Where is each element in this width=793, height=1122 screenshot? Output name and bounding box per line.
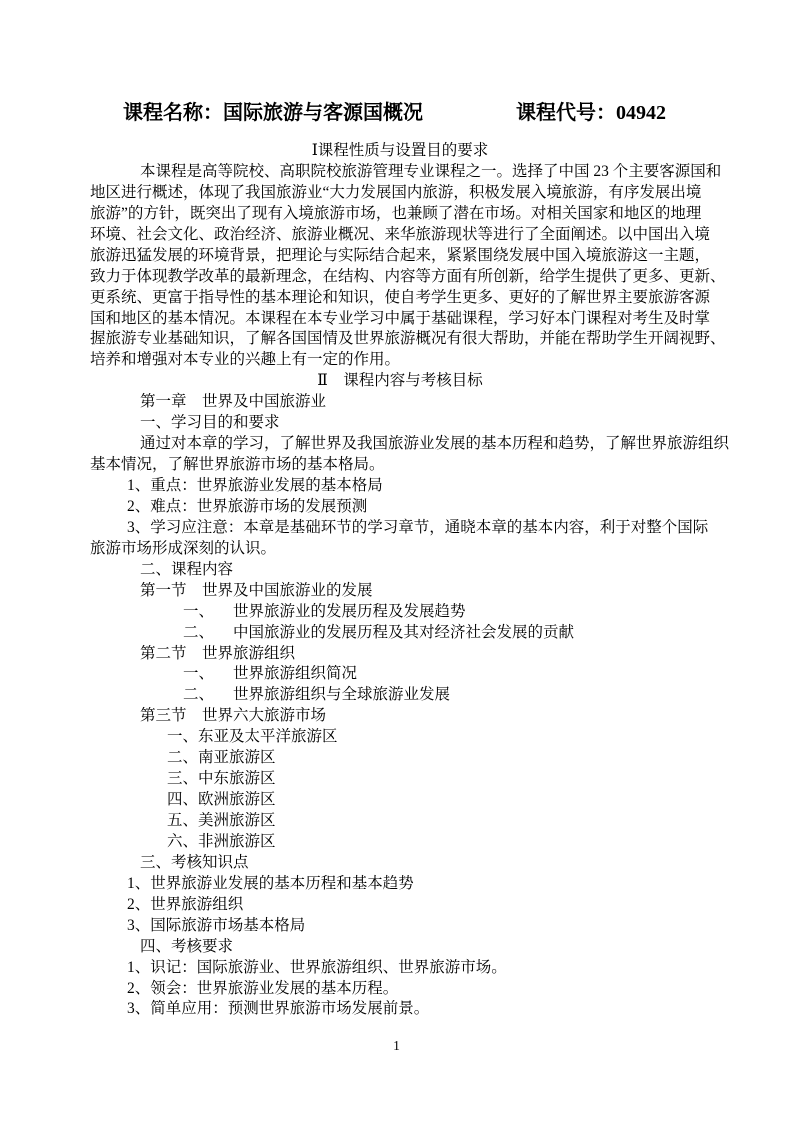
text-line: 地区进行概述，体现了我国旅游业“大力发展国内旅游，积极发展入境旅游，有序发展出境 xyxy=(90,183,710,204)
text-line: 2、世界旅游组织 xyxy=(90,895,710,916)
list-number: 一、 xyxy=(183,664,233,685)
list-number: 二、 xyxy=(183,623,233,644)
text-line: 四、考核要求 xyxy=(90,937,710,958)
document-title: 课程名称：国际旅游与客源国概况 课程代号：04942 xyxy=(90,100,710,126)
text-line: 3、学习应注意：本章是基础环节的学习章节，通晓本章的基本内容，利于对整个国际 xyxy=(90,518,710,539)
list-text: 世界旅游组织与全球旅游业发展 xyxy=(233,686,450,703)
text-line: 二、课程内容 xyxy=(90,560,710,581)
text-line: 本课程是高等院校、高职院校旅游管理专业课程之一。选择了中国 23 个主要客源国和 xyxy=(90,162,710,183)
text-line: 培养和增强对本专业的兴趣上有一定的作用。 xyxy=(90,350,710,371)
document-body: Ⅰ课程性质与设置目的要求本课程是高等院校、高职院校旅游管理专业课程之一。选择了中… xyxy=(90,141,710,1020)
text-line: 二、世界旅游组织与全球旅游业发展 xyxy=(90,685,710,706)
text-line: 四、欧洲旅游区 xyxy=(90,790,710,811)
text-line: 1、世界旅游业发展的基本历程和基本趋势 xyxy=(90,874,710,895)
text-line: 五、美洲旅游区 xyxy=(90,811,710,832)
text-line: 通过对本章的学习，了解世界及我国旅游业发展的基本历程和趋势，了解世界旅游组织 xyxy=(90,434,710,455)
text-line: 国和地区的基本情况。本课程在本专业学习中属于基础课程，学习好本门课程对考生及时掌 xyxy=(90,309,710,330)
section-heading: Ⅱ 课程内容与考核目标 xyxy=(90,371,710,392)
course-name-title: 课程名称：国际旅游与客源国概况 xyxy=(123,100,423,126)
text-line: 第一章 世界及中国旅游业 xyxy=(90,392,710,413)
text-line: 第二节 世界旅游组织 xyxy=(90,644,710,665)
text-line: 一、东亚及太平洋旅游区 xyxy=(90,727,710,748)
text-line: 三、中东旅游区 xyxy=(90,769,710,790)
list-number: 二、 xyxy=(183,685,233,706)
text-line: 2、领会：世界旅游业发展的基本历程。 xyxy=(90,979,710,1000)
text-line: 环境、社会文化、政治经济、旅游业概况、来华旅游现状等进行了全面阐述。以中国出入境 xyxy=(90,225,710,246)
text-line: 六、非洲旅游区 xyxy=(90,832,710,853)
text-line: 二、中国旅游业的发展历程及其对经济社会发展的贡献 xyxy=(90,623,710,644)
text-line: 1、重点：世界旅游业发展的基本格局 xyxy=(90,476,710,497)
text-line: 一、世界旅游组织简况 xyxy=(90,664,710,685)
text-line: 旅游迅猛发展的环境背景，把理论与实际结合起来，紧紧围绕发展中国入境旅游这一主题， xyxy=(90,246,710,267)
page-number: 1 xyxy=(0,1038,793,1054)
text-line: 握旅游专业基础知识，了解各国国情及世界旅游概况有很大帮助，并能在帮助学生开阔视野… xyxy=(90,329,710,350)
text-line: 第一节 世界及中国旅游业的发展 xyxy=(90,581,710,602)
text-line: 2、难点：世界旅游市场的发展预测 xyxy=(90,497,710,518)
text-line: 二、南亚旅游区 xyxy=(90,748,710,769)
text-line: 3、简单应用：预测世界旅游市场发展前景。 xyxy=(90,999,710,1020)
list-text: 世界旅游业的发展历程及发展趋势 xyxy=(233,603,466,620)
course-code-title: 课程代号：04942 xyxy=(516,100,666,126)
text-line: 旅游”的方针，既突出了现有入境旅游市场，也兼顾了潜在市场。对相关国家和地区的地理 xyxy=(90,204,710,225)
text-line: 旅游市场形成深刻的认识。 xyxy=(90,539,710,560)
list-number: 一、 xyxy=(183,602,233,623)
text-line: 致力于体现教学改革的最新理念，在结构、内容等方面有所创新，给学生提供了更多、更新… xyxy=(90,267,710,288)
list-text: 世界旅游组织简况 xyxy=(233,665,357,682)
list-text: 中国旅游业的发展历程及其对经济社会发展的贡献 xyxy=(233,624,574,641)
section-heading: Ⅰ课程性质与设置目的要求 xyxy=(90,141,710,162)
text-line: 更系统、更富于指导性的基本理论和知识，使自考学生更多、更好的了解世界主要旅游客源 xyxy=(90,288,710,309)
text-line: 基本情况，了解世界旅游市场的基本格局。 xyxy=(90,455,710,476)
text-line: 三、考核知识点 xyxy=(90,853,710,874)
text-line: 一、世界旅游业的发展历程及发展趋势 xyxy=(90,602,710,623)
text-line: 3、国际旅游市场基本格局 xyxy=(90,916,710,937)
text-line: 一、学习目的和要求 xyxy=(90,413,710,434)
text-line: 1、识记：国际旅游业、世界旅游组织、世界旅游市场。 xyxy=(90,958,710,979)
text-line: 第三节 世界六大旅游市场 xyxy=(90,706,710,727)
document-page: 课程名称：国际旅游与客源国概况 课程代号：04942 Ⅰ课程性质与设置目的要求本… xyxy=(0,0,793,1122)
